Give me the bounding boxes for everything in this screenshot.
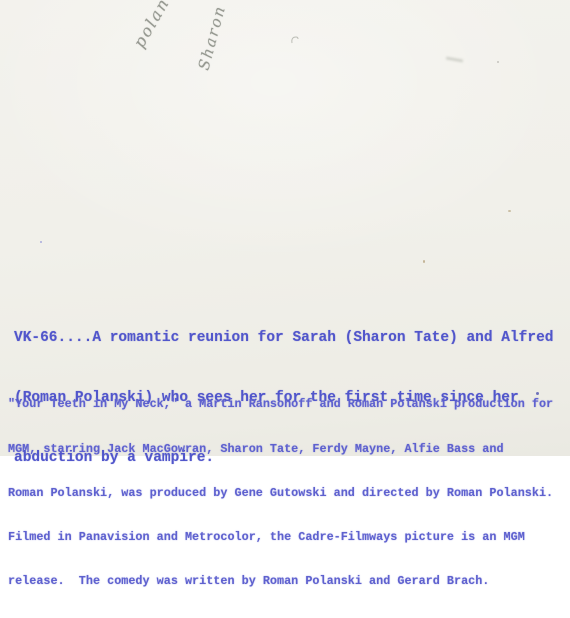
caption-line: VK-66....A romantic reunion for Sarah (S… [14, 328, 554, 348]
paper-speck [508, 210, 511, 212]
credits-line: "Your Teeth in My Neck," a Martin Ransoh… [8, 397, 553, 412]
pencil-tick-mark [290, 34, 302, 46]
handwritten-note-sharon: Sharon [195, 3, 230, 72]
ink-speck [40, 241, 42, 243]
paper-speck [423, 260, 425, 263]
credits-line: MGM, starring Jack MacGowran, Sharon Tat… [8, 442, 553, 456]
paper-speck [497, 61, 499, 63]
handwritten-note-polanski: polan [130, 0, 174, 51]
photo-verso-paper: polan Sharon VK-66....A romantic reunion… [0, 0, 570, 456]
typed-production-credits: "Your Teeth in My Neck," a Martin Ransoh… [8, 368, 553, 456]
pencil-smudge [446, 57, 463, 63]
